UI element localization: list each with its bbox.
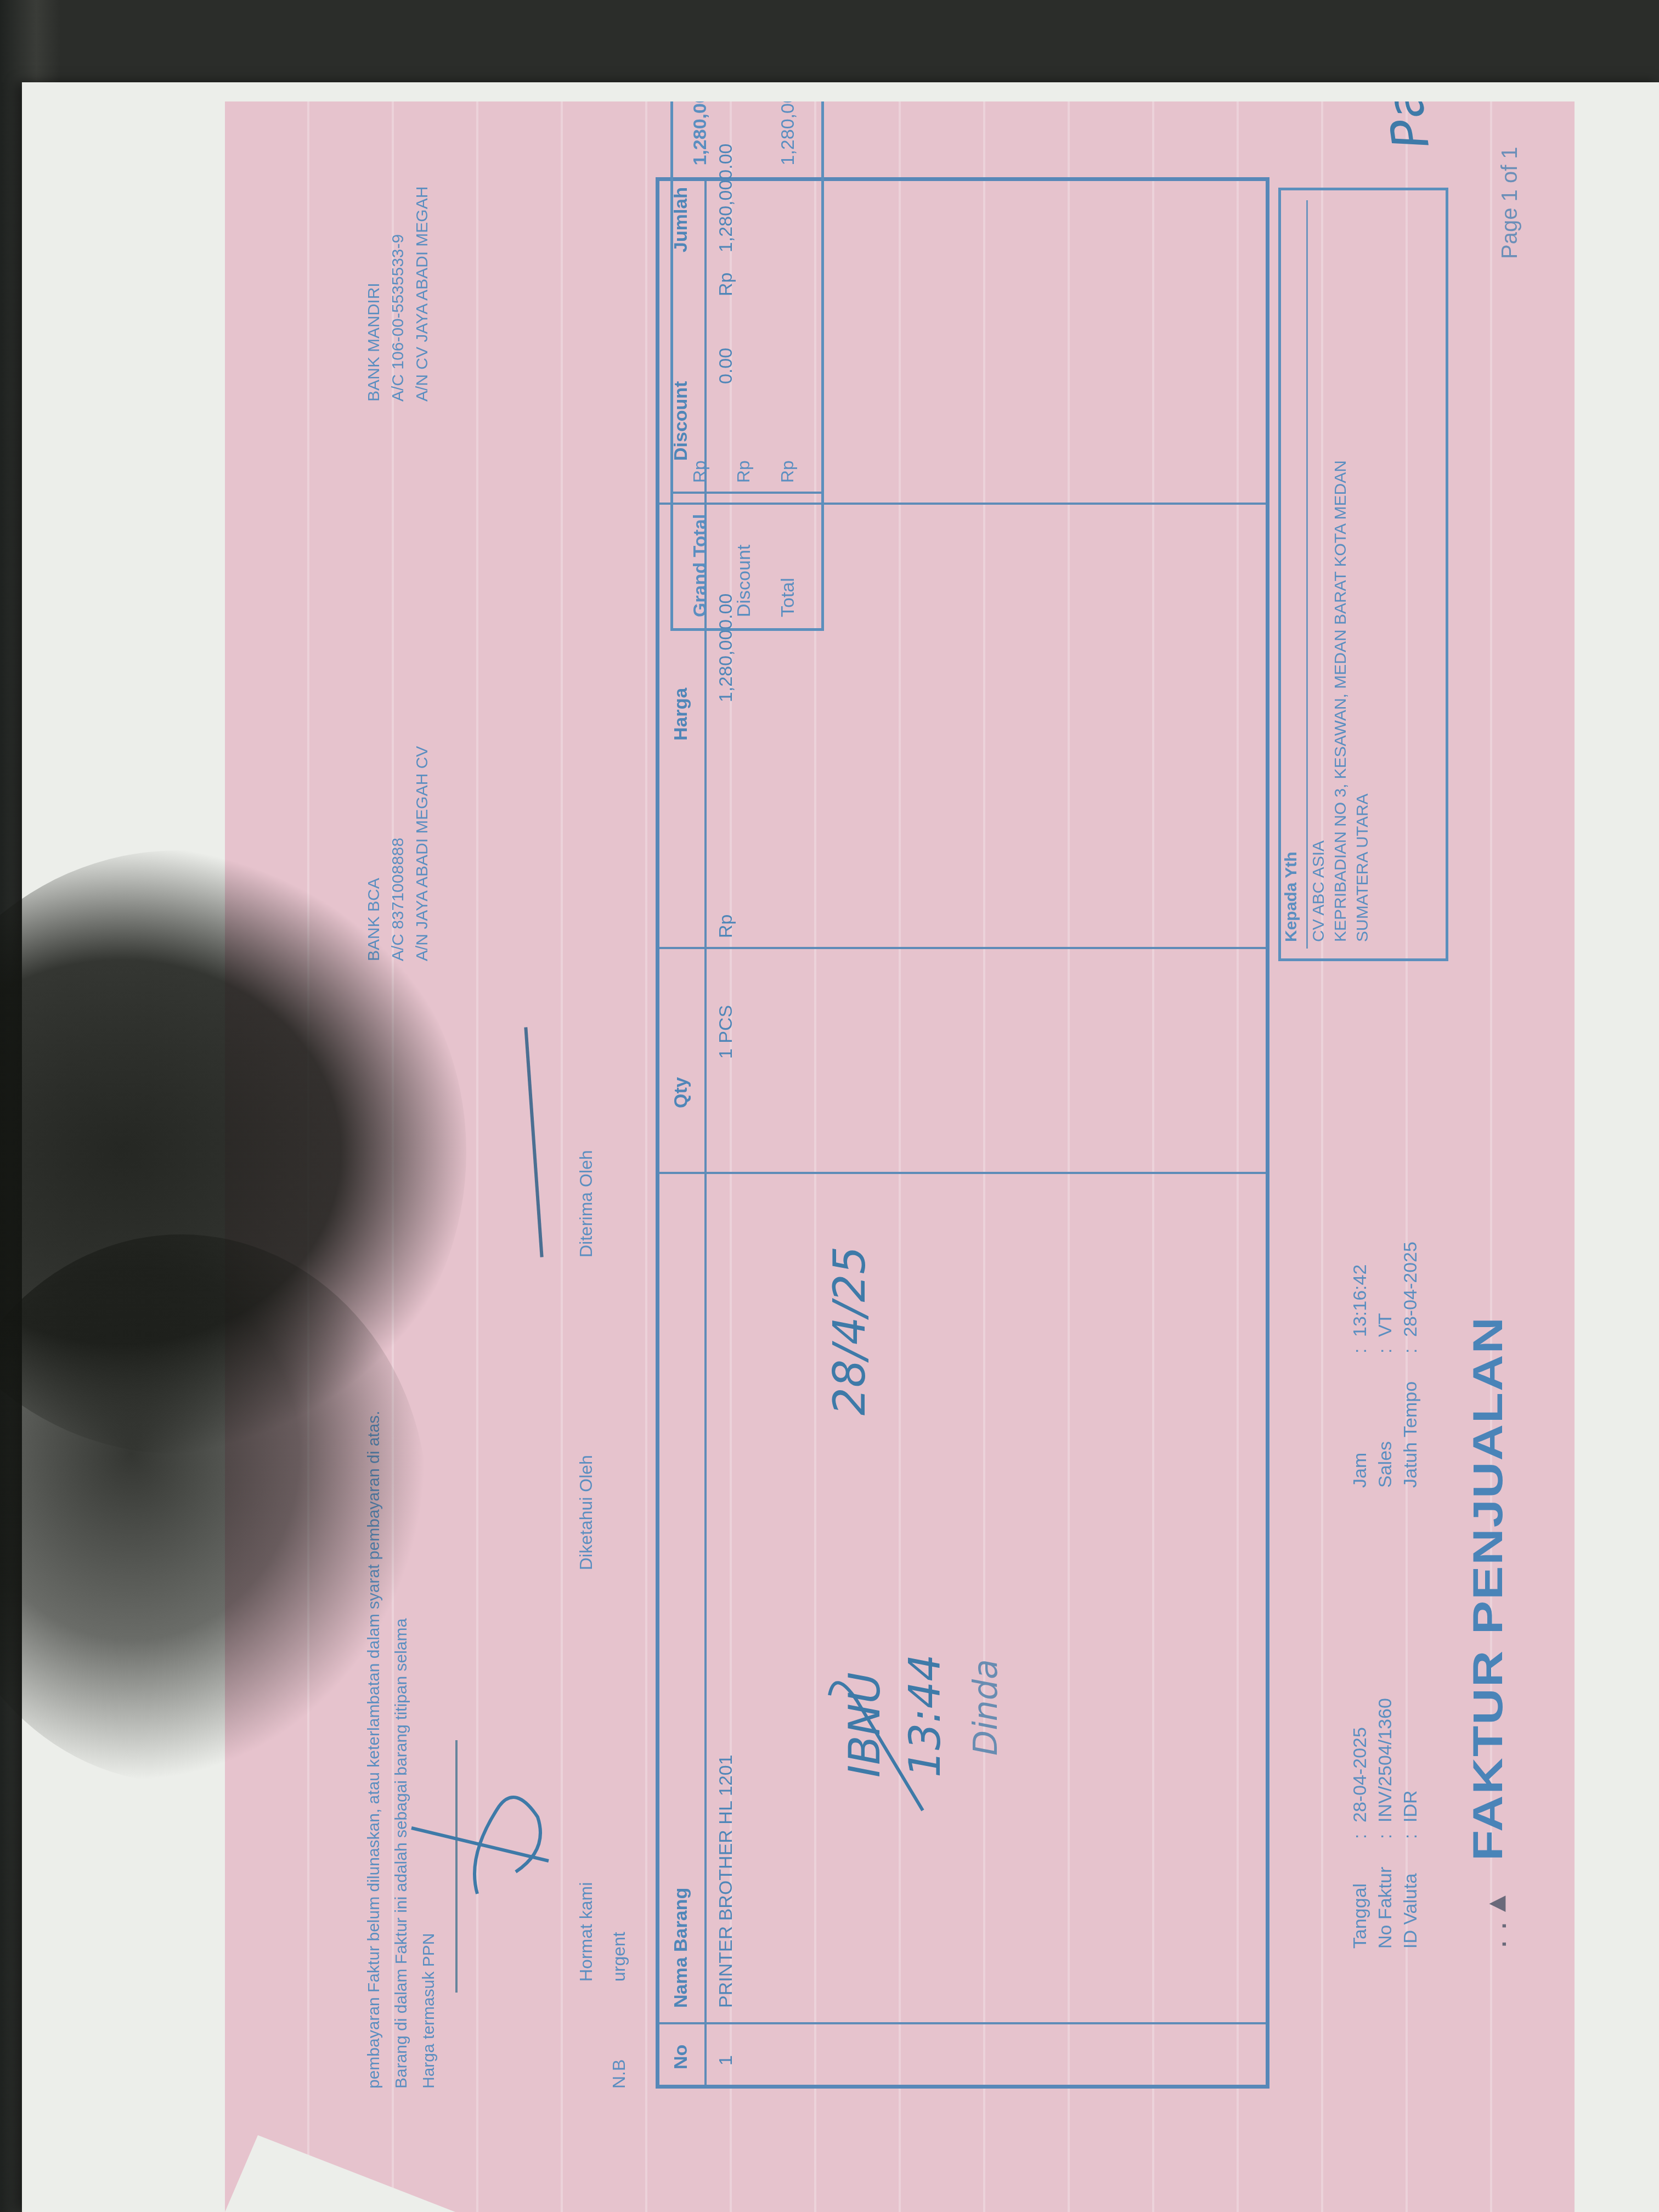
hormat-kami-label: Hormat kami [576, 1882, 596, 1982]
bank-name: BANK MANDIRI [362, 187, 386, 402]
grand-total-value: 1,280,000.00 [690, 57, 711, 166]
invoice-meta-left: Tanggal : 28-04-2025 No Faktur : INV/250… [1350, 1698, 1425, 1949]
header-no: No [670, 2045, 692, 2069]
bank-holder: A/N CV JAYA ABADI MEGAH [410, 187, 435, 402]
invoice-title: FAKTUR PENJUALAN [1465, 1316, 1512, 1861]
meta-sep: : [1375, 1822, 1400, 1839]
bank-bca: BANK BCA A/C 8371008888 A/N JAYA ABADI M… [362, 746, 435, 961]
meta-value: VT [1375, 1313, 1400, 1337]
meta-label: Jatuh Tempo [1400, 1353, 1425, 1488]
cell-no: 1 [715, 2055, 737, 2066]
col-divider [659, 2022, 1266, 2024]
totals-box: Total Discount Grand Total Rp Rp Rp 1,28… [670, 44, 824, 631]
meta-sep: : [1375, 1337, 1400, 1353]
items-table: No Nama Barang Qty Harga Discount Jumlah… [656, 177, 1269, 2089]
meta-sep: : [1400, 1337, 1425, 1353]
meta-row-due-date: Jatuh Tempo : 28-04-2025 [1400, 1242, 1425, 1488]
meta-row-currency: ID Valuta : IDR [1400, 1698, 1425, 1949]
invoice-meta-right: Jam : 13:16:42 Sales : VT Jatuh Tempo : … [1350, 1242, 1425, 1488]
page-number: Page 1 of 1 [1498, 146, 1522, 259]
bank-holder: A/N JAYA ABADI MEGAH CV [410, 746, 435, 961]
meta-sep: : [1350, 1822, 1375, 1839]
meta-value: IDR [1400, 1790, 1425, 1822]
meta-sep: : [1350, 1337, 1375, 1353]
footer-note-2: Barang di dalam Faktur ini adalah sebaga… [392, 1618, 411, 2089]
meta-value: 28-04-2025 [1400, 1242, 1425, 1337]
col-divider [659, 947, 1266, 949]
bank-mandiri: BANK MANDIRI A/C 106-00-5535533-9 A/N CV… [362, 187, 435, 402]
total-currency: Rp [777, 460, 798, 483]
totals-divider [673, 492, 821, 494]
recipient-divider [1306, 200, 1308, 949]
bank-account: A/C 8371008888 [386, 746, 410, 961]
meta-label: ID Valuta [1400, 1839, 1425, 1949]
meta-label: Sales [1375, 1353, 1400, 1488]
recipient-name: CV ABC ASIA [1310, 840, 1328, 942]
recipient-heading: Kepada Yth [1282, 852, 1301, 943]
meta-label: No Faktur [1375, 1839, 1400, 1949]
meta-value: 28-04-2025 [1350, 1727, 1375, 1822]
meta-row-date: Tanggal : 28-04-2025 [1350, 1698, 1375, 1949]
recipient-box: Kepada Yth CV ABC ASIA KEPRIBADIAN NO 3,… [1278, 188, 1448, 961]
discount-label: Discount [733, 545, 755, 617]
recipient-address-2: SUMATERA UTARA [1353, 793, 1372, 942]
diterima-oleh-label: Diterima Oleh [576, 1150, 596, 1257]
corner-mark: . . ▴ [1476, 1895, 1514, 1949]
meta-label: Jam [1350, 1353, 1375, 1488]
header-qty: Qty [670, 1077, 692, 1108]
grand-total-label: Grand Total [690, 514, 711, 617]
discount-currency: Rp [733, 460, 754, 483]
meta-row-time: Jam : 13:16:42 [1350, 1242, 1375, 1488]
cell-price-currency: Rp [715, 915, 737, 938]
meta-value: INV/2504/1360 [1375, 1698, 1400, 1822]
cell-name: PRINTER BROTHER HL 1201 [715, 1754, 737, 2008]
bank-account: A/C 106-00-5535533-9 [386, 187, 410, 402]
cell-qty: 1 PCS [715, 1005, 737, 1059]
handwritten-bracket [824, 1339, 934, 1832]
corner-handwriting: Pan [1371, 54, 1441, 153]
total-value: 1,280,000.00 [777, 57, 799, 166]
pen-stroke [524, 1027, 543, 1257]
nb-label: N.B [609, 2059, 629, 2089]
handwritten-receiver: Dinda [967, 1659, 1005, 1756]
meta-row-sales: Sales : VT [1375, 1242, 1400, 1488]
header-price: Harga [670, 688, 692, 741]
meta-row-invoice-no: No Faktur : INV/2504/1360 [1375, 1698, 1400, 1949]
meta-label: Tanggal [1350, 1839, 1375, 1949]
recipient-address-1: KEPRIBADIAN NO 3, KESAWAN, MEDAN BARAT K… [1331, 460, 1350, 942]
total-label: Total [777, 578, 799, 617]
urgent-label: urgent [609, 1932, 629, 1982]
footer-note-1: Harga termasuk PPN [420, 1933, 438, 2089]
col-divider [659, 1172, 1266, 1174]
diketahui-oleh-label: Diketahui Oleh [576, 1455, 596, 1570]
meta-sep: : [1400, 1822, 1425, 1839]
grand-total-currency: Rp [690, 460, 710, 483]
meta-value: 13:16:42 [1350, 1265, 1375, 1337]
signature-scribble-icon [406, 1762, 571, 1927]
header-name: Nama Barang [670, 1888, 692, 2008]
